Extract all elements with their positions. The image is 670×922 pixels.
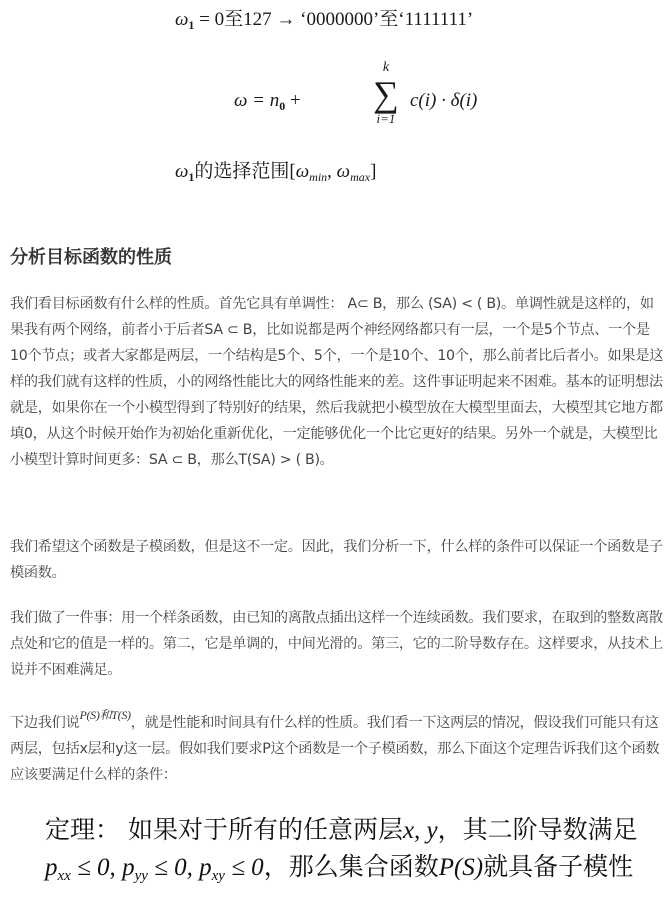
- formula-lhs: ω = n0 +: [234, 90, 301, 114]
- omega-symbol: ω: [175, 9, 188, 30]
- formula-omega1-selection-range: ω1的选择范围[ωmin, ωmax]: [175, 156, 376, 185]
- paragraph-spline-function: 我们做了一件事：用一个样条函数，由已知的离散点插出这样一个连续函数。我们要求，在…: [10, 605, 666, 683]
- section-heading: 分析目标函数的性质: [10, 243, 172, 269]
- formula-rhs: c(i) · δ(i): [410, 90, 477, 112]
- theorem-block: 定理： 如果对于所有的任意两层x, y，其二阶导数满足pxx ≤ 0, pyy …: [45, 812, 645, 894]
- paragraph-theorem-intro: 下边我们说P(S)和T(S)，就是性能和时间具有什么样的性质。我们看一下这两层的…: [10, 710, 666, 788]
- sum-lower-limit: i=1: [364, 112, 408, 126]
- paragraph-submodular-hope: 我们希望这个函数是子模函数，但是这不一定。因此，我们分析一下，什么样的条件可以保…: [10, 534, 666, 586]
- paragraph-monotonicity: 我们看目标函数有什么样的性质。首先它具有单调性： A⊂ B，那么 (SA) < …: [10, 291, 666, 473]
- sigma-symbol: ∑: [364, 76, 408, 112]
- formula-omega1-range: ω1 = 0至127 → ‘0000000’至‘1111111’: [175, 4, 473, 33]
- summation: k ∑ i=1: [364, 60, 408, 126]
- formula-body: = 0至127 → ‘0000000’至‘1111111’: [194, 9, 473, 30]
- inline-math-ps-ts: P(S)和T(S): [79, 708, 130, 722]
